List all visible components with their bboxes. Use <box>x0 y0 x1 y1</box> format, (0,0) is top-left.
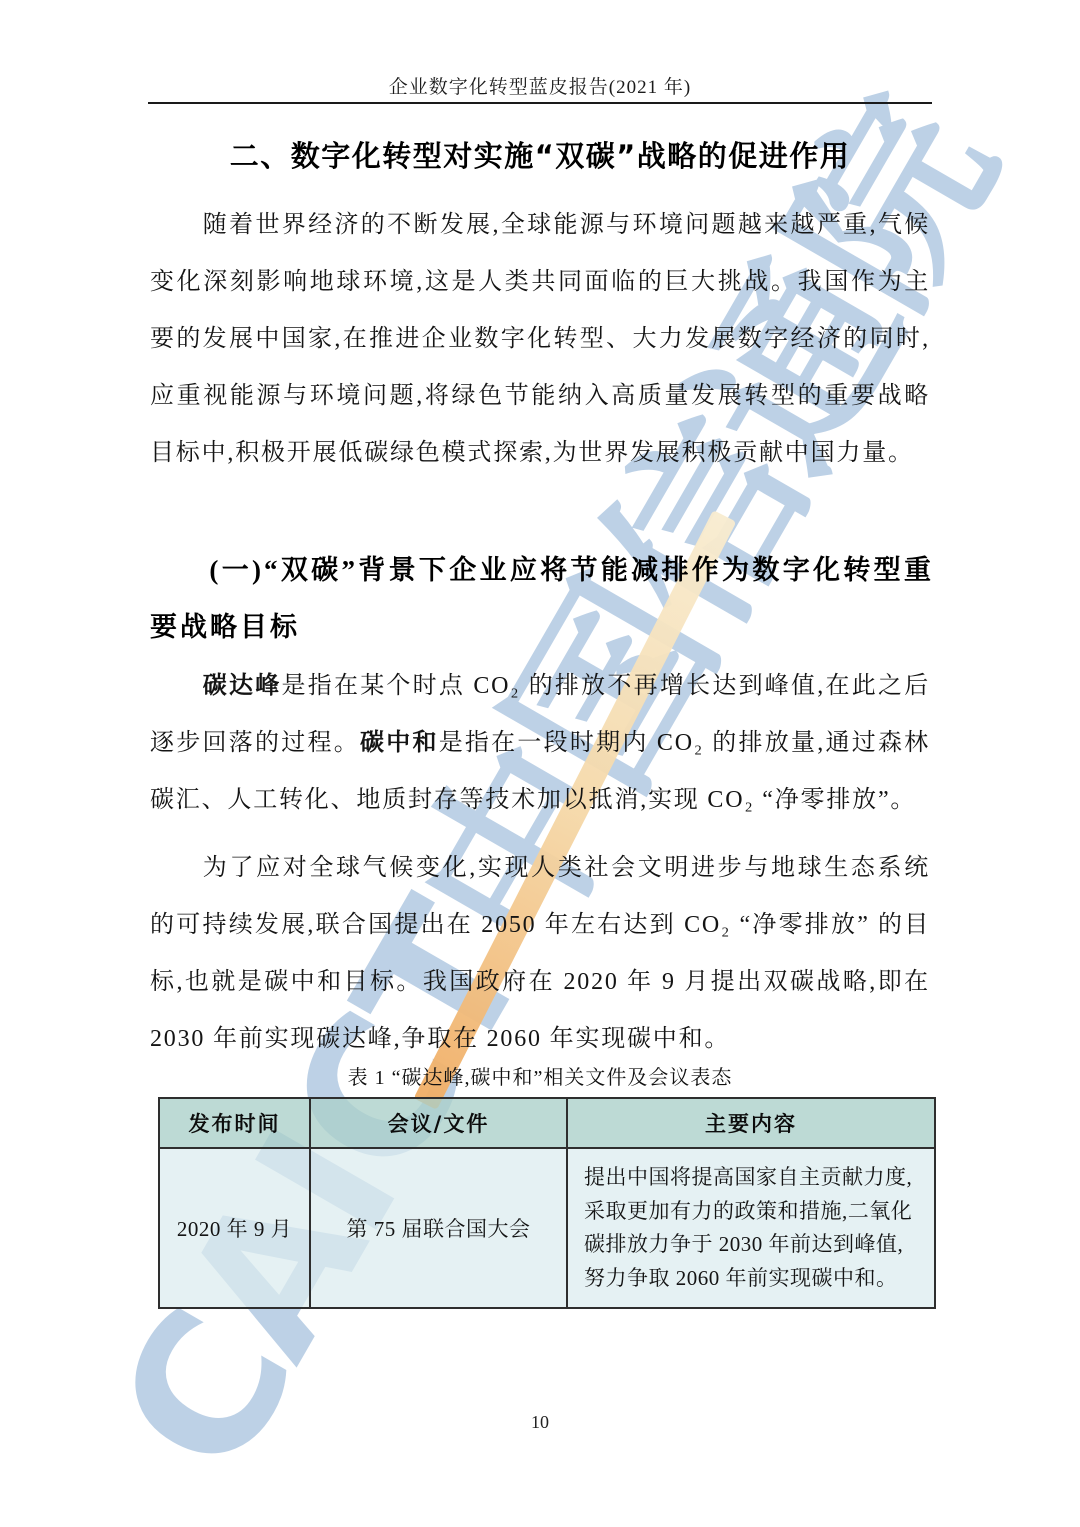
term-carbon-neutrality: 碳中和 <box>360 730 439 756</box>
cell-main-content: 提出中国将提高国家自主贡献力度,采取更加有力的政策和措施,二氧化碳排放力争于 2… <box>567 1148 935 1308</box>
table-caption: 表 1 “碳达峰,碳中和”相关文件及会议表态 <box>0 1061 1080 1090</box>
column-header-publish-time: 发布时间 <box>159 1098 310 1148</box>
cell-meeting-document: 第 75 届联合国大会 <box>310 1148 567 1308</box>
document-page: CAICT中国信通院 企业数字化转型蓝皮报告(2021 年) 二、数字化转型对实… <box>0 0 1080 1527</box>
column-header-main-content: 主要内容 <box>567 1098 935 1148</box>
header-divider <box>148 102 932 104</box>
table-body: 2020 年 9 月 第 75 届联合国大会 提出中国将提高国家自主贡献力度,采… <box>159 1148 935 1308</box>
column-header-meeting-document: 会议/文件 <box>310 1098 567 1148</box>
table-header: 发布时间 会议/文件 主要内容 <box>159 1098 935 1148</box>
page-content: 企业数字化转型蓝皮报告(2021 年) 二、数字化转型对实施“双碳”战略的促进作… <box>0 0 1080 1527</box>
running-header-title: 企业数字化转型蓝皮报告(2021 年) <box>0 72 1080 99</box>
paragraph-carbon-definitions: 碳达峰是指在某个时点 CO₂ 的排放不再增长达到峰值,在此之后逐步回落的过程。碳… <box>150 658 930 829</box>
table-header-row: 发布时间 会议/文件 主要内容 <box>159 1098 935 1148</box>
section-heading: 二、数字化转型对实施“双碳”战略的促进作用 <box>0 134 1080 175</box>
table-row: 2020 年 9 月 第 75 届联合国大会 提出中国将提高国家自主贡献力度,采… <box>159 1148 935 1308</box>
term-carbon-peak: 碳达峰 <box>203 673 282 699</box>
subsection-heading: (一)“双碳”背景下企业应将节能减排作为数字化转型重要战略目标 <box>150 542 934 656</box>
paragraph-intro: 随着世界经济的不断发展,全球能源与环境问题越来越严重,气候变化深刻影响地球环境,… <box>150 197 930 482</box>
cell-publish-time: 2020 年 9 月 <box>159 1148 310 1308</box>
paragraph-dual-carbon-strategy: 为了应对全球气候变化,实现人类社会文明进步与地球生态系统的可持续发展,联合国提出… <box>150 840 930 1068</box>
dual-carbon-table: 发布时间 会议/文件 主要内容 2020 年 9 月 第 75 届联合国大会 提… <box>158 1097 936 1309</box>
page-number: 10 <box>0 1412 1080 1433</box>
